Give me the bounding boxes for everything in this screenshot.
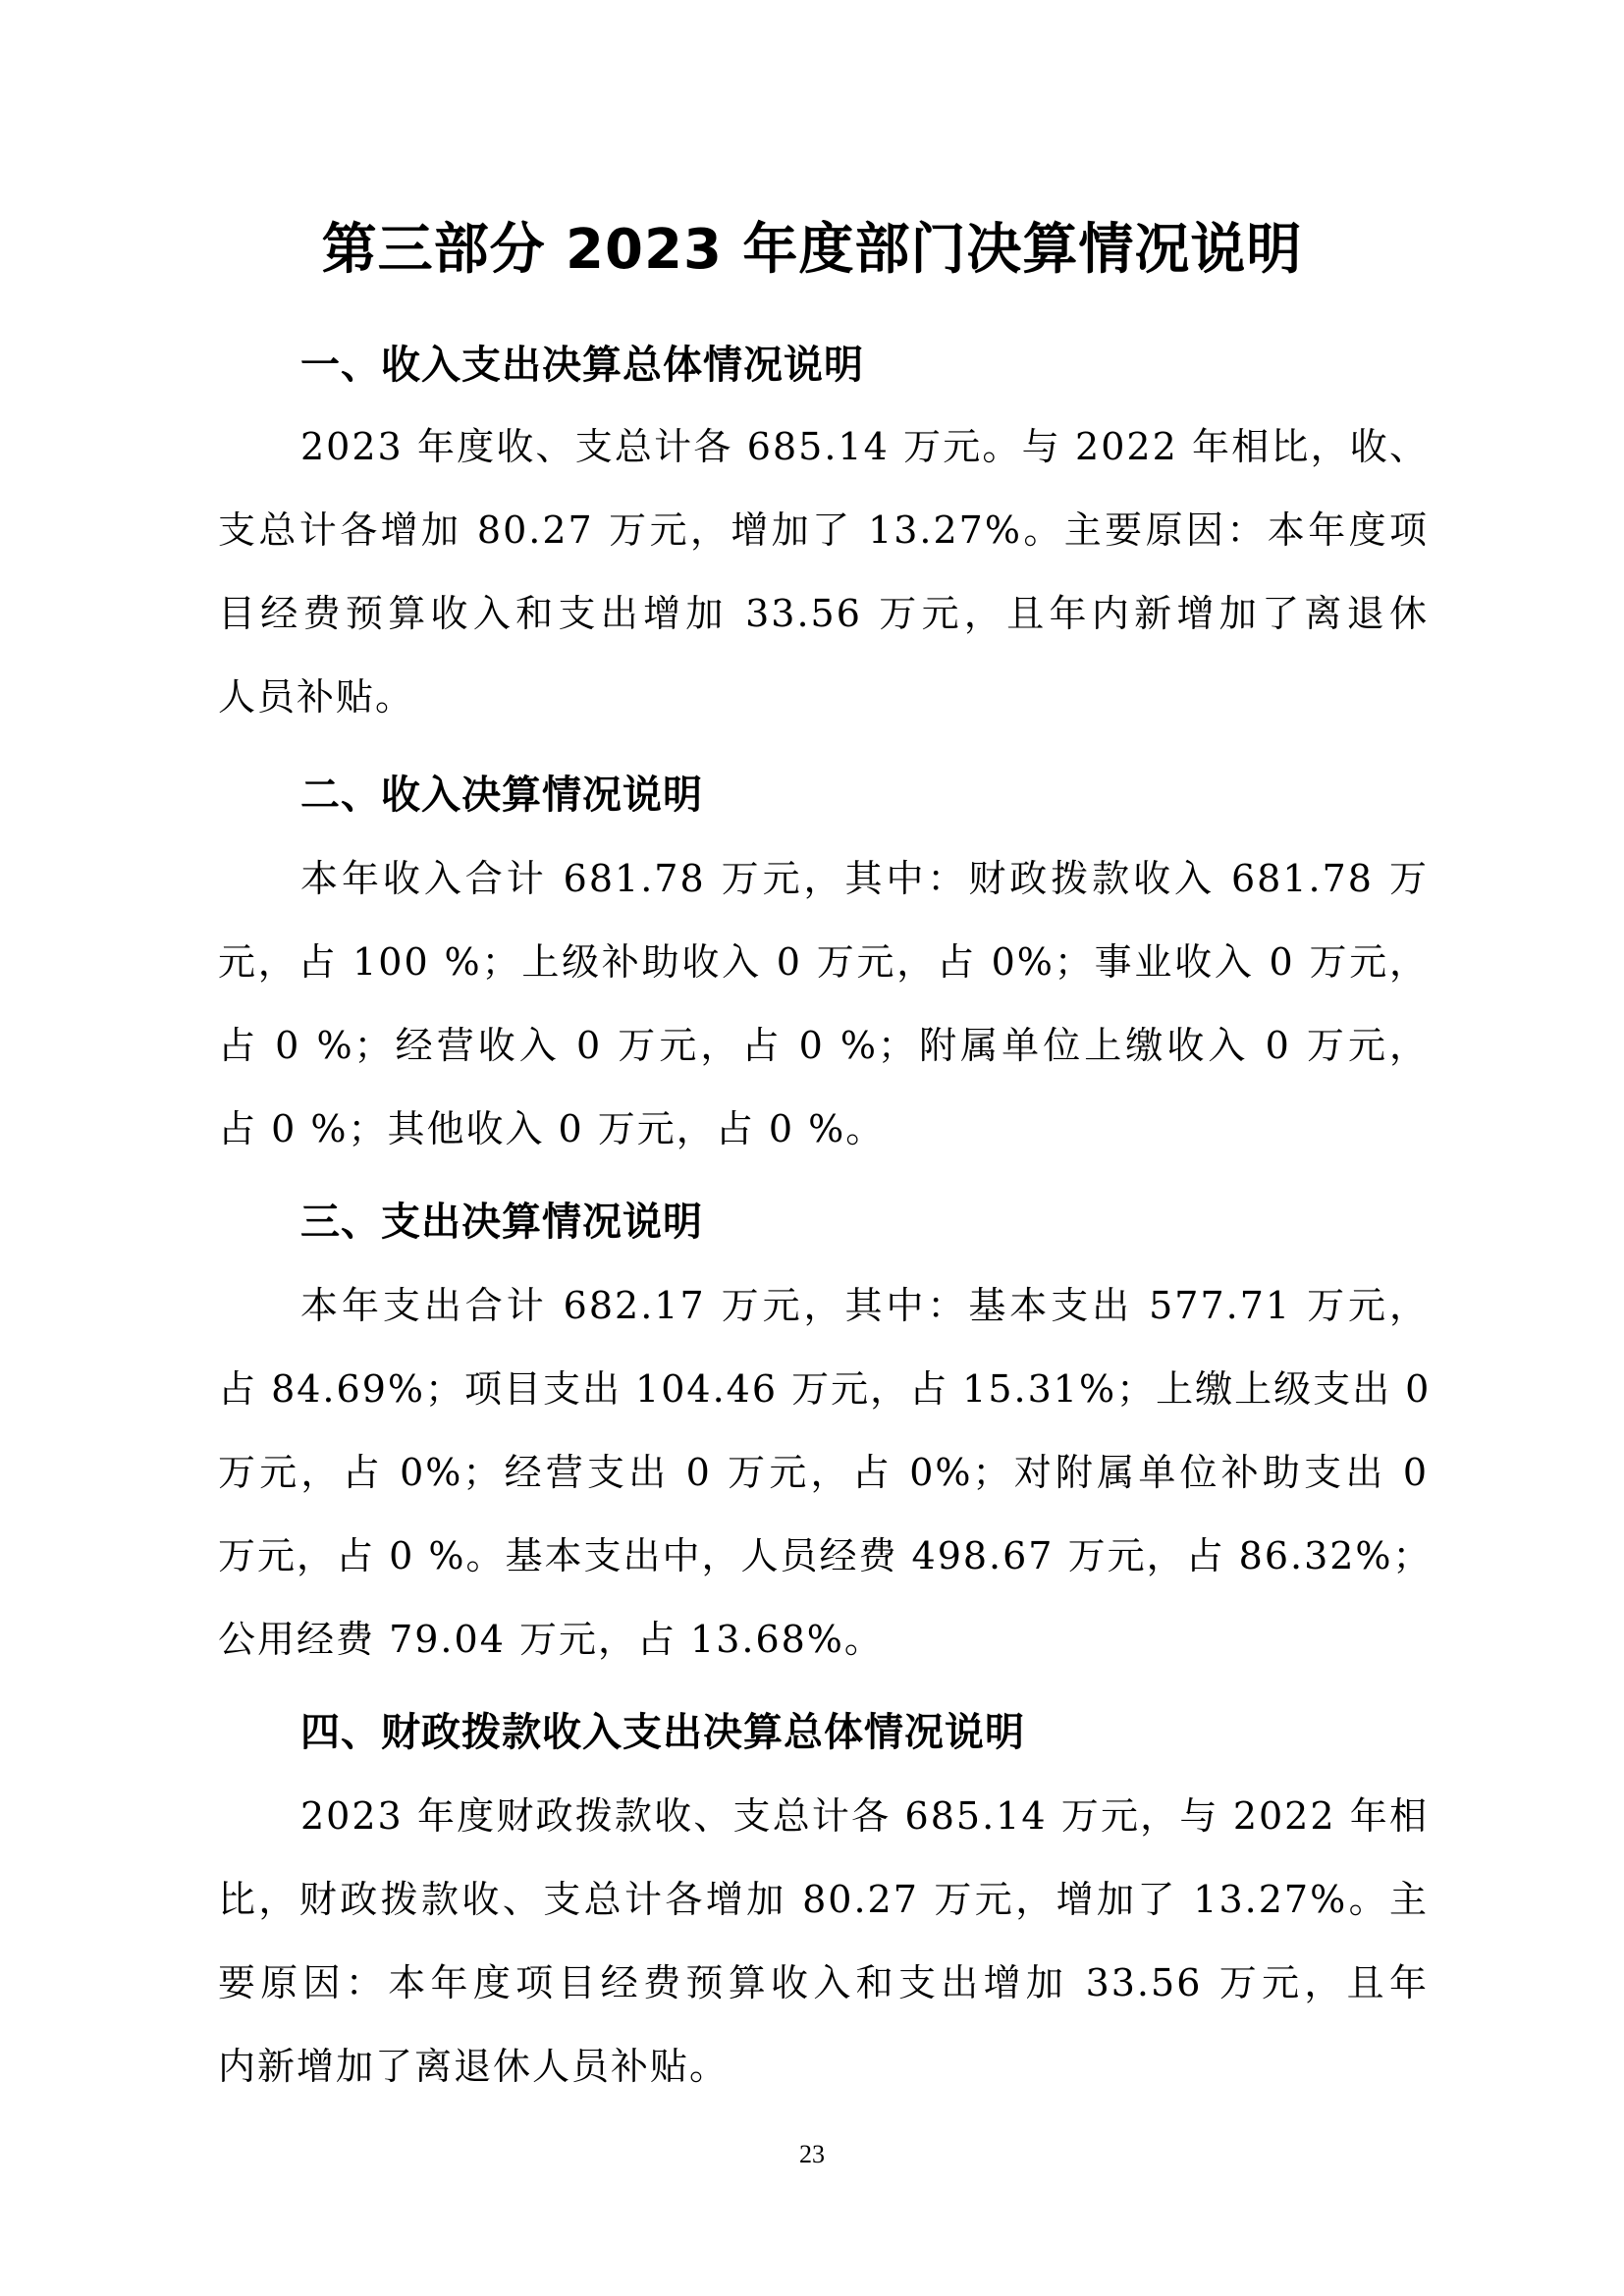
section-heading-3: 三、支出决算情况说明 — [300, 1199, 703, 1246]
paragraph-line: 占 84.69%；项目支出 104.46 万元，占 15.31%；上缴上级支出 … — [218, 1365, 1429, 1413]
paragraph-line: 比，财政拨款收、支总计各增加 80.27 万元，增加了 13.27%。主 — [218, 1876, 1429, 1923]
page-number: 23 — [0, 2140, 1624, 2169]
paragraph-line: 人员补贴。 — [218, 673, 1429, 721]
section-heading-1: 一、收入支出决算总体情况说明 — [300, 342, 864, 389]
paragraph-line: 占 0 %；经营收入 0 万元，占 0 %；附属单位上缴收入 0 万元， — [218, 1022, 1429, 1069]
paragraph-line: 2023 年度收、支总计各 685.14 万元。与 2022 年相比，收、 — [300, 423, 1429, 470]
paragraph-line: 内新增加了离退休人员补贴。 — [218, 2043, 1429, 2090]
paragraph-line: 万元，占 0 %。基本支出中，人员经费 498.67 万元，占 86.32%； — [218, 1532, 1429, 1579]
paragraph-line: 本年收入合计 681.78 万元，其中：财政拨款收入 681.78 万 — [300, 855, 1429, 902]
paragraph-line: 要原因：本年度项目经费预算收入和支出增加 33.56 万元，且年 — [218, 1959, 1429, 2006]
paragraph-line: 元，占 100 %；上级补助收入 0 万元，占 0%；事业收入 0 万元， — [218, 938, 1429, 986]
paragraph-line: 占 0 %；其他收入 0 万元，占 0 %。 — [218, 1105, 1429, 1152]
section-heading-2: 二、收入决算情况说明 — [300, 772, 703, 819]
document-page: 第三部分 2023 年度部门决算情况说明 一、收入支出决算总体情况说明 2023… — [0, 0, 1624, 2296]
section-heading-4: 四、财政拨款收入支出决算总体情况说明 — [300, 1709, 1025, 1756]
paragraph-line: 支总计各增加 80.27 万元，增加了 13.27%。主要原因：本年度项 — [218, 507, 1429, 554]
paragraph-line: 目经费预算收入和支出增加 33.56 万元，且年内新增加了离退休 — [218, 590, 1429, 637]
page-title: 第三部分 2023 年度部门决算情况说明 — [0, 218, 1624, 283]
paragraph-line: 万元，占 0%；经营支出 0 万元，占 0%；对附属单位补助支出 0 — [218, 1449, 1429, 1496]
paragraph-line: 本年支出合计 682.17 万元，其中：基本支出 577.71 万元， — [300, 1282, 1429, 1329]
paragraph-line: 公用经费 79.04 万元，占 13.68%。 — [218, 1616, 1429, 1663]
paragraph-line: 2023 年度财政拨款收、支总计各 685.14 万元，与 2022 年相 — [300, 1792, 1429, 1840]
